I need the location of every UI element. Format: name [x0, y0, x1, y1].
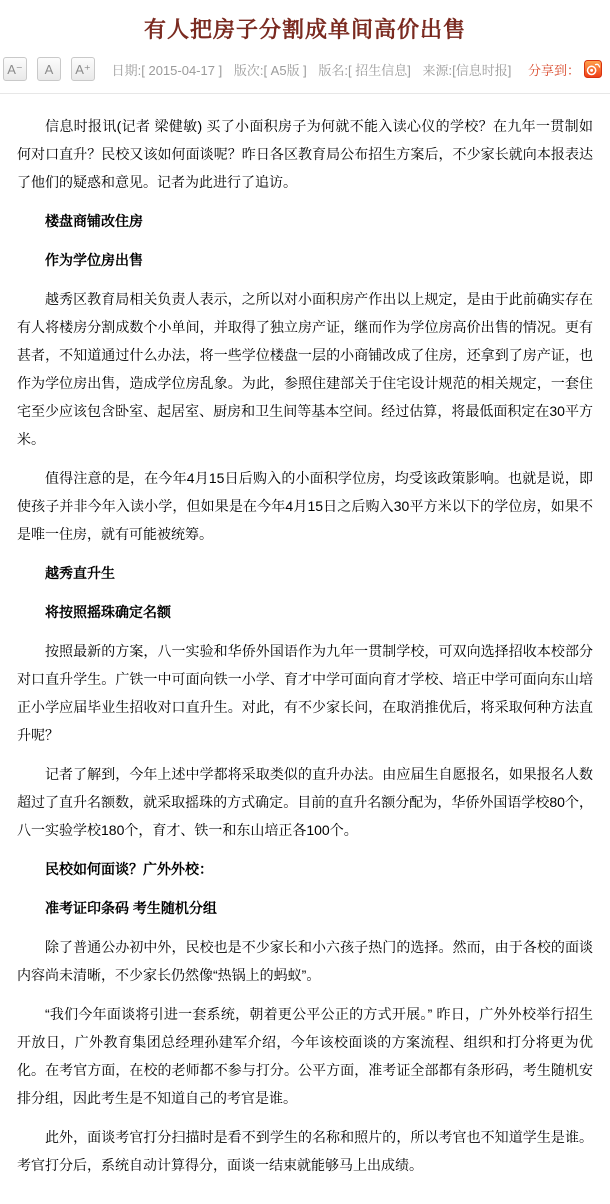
article-subheading: 准考证印条码 考生随机分组 [17, 894, 593, 922]
article-toolbar: A⁻ A A⁺ 日期:[ 2015-04-17 ] 版次:[ A5版 ] 版名:… [0, 52, 610, 94]
meta-date: 日期:[ 2015-04-17 ] [112, 63, 223, 78]
font-size-controls: A⁻ A A⁺ [3, 57, 95, 81]
share-label: 分享到： [528, 60, 580, 79]
article-subheading: 将按照摇珠确定名额 [17, 598, 593, 626]
article-paragraph: 此外，面谈考官打分扫描时是看不到学生的名称和照片的，所以考官也不知道学生是谁。考… [17, 1123, 593, 1179]
article-page: 有人把房子分割成单间高价出售 A⁻ A A⁺ 日期:[ 2015-04-17 ]… [0, 0, 610, 1204]
article-paragraph: “我们今年面谈将引进一套系统，朝着更公平公正的方式开展。” 昨日，广外外校举行招… [17, 1000, 593, 1112]
share-bar: 分享到： [528, 60, 602, 79]
article-paragraph: 越秀区教育局相关负责人表示，之所以对小面积房产作出以上规定，是由于此前确实存在有… [17, 285, 593, 453]
page-title: 有人把房子分割成单间高价出售 [0, 0, 610, 52]
article-subheading: 楼盘商铺改住房 [17, 207, 593, 235]
article-subheading: 作为学位房出售 [17, 246, 593, 274]
article-paragraph: 信息时报讯(记者 梁健敏) 买了小面积房子为何就不能入读心仪的学校？在九年一贯制… [17, 112, 593, 196]
meta-section: 版名:[ 招生信息] [318, 63, 410, 78]
article-paragraph: 按照最新的方案，八一实验和华侨外国语作为九年一贯制学校，可双向选择招收本校部分对… [17, 637, 593, 749]
article-paragraph: 除了普通公办初中外，民校也是不少家长和小六孩子热门的选择。然而，由于各校的面谈内… [17, 933, 593, 989]
article-paragraph: 值得注意的是，在今年4月15日后购入的小面积学位房，均受该政策影响。也就是说，即… [17, 464, 593, 548]
font-normal-button[interactable]: A [37, 57, 61, 81]
weibo-share-icon[interactable] [584, 60, 602, 78]
meta-source: 来源:[信息时报] [423, 63, 512, 78]
article-paragraph: 记者了解到，今年上述中学都将采取类似的直升办法。由应届生自愿报名，如果报名人数超… [17, 760, 593, 844]
article-body: 信息时报讯(记者 梁健敏) 买了小面积房子为何就不能入读心仪的学校？在九年一贯制… [0, 94, 610, 1204]
font-smaller-button[interactable]: A⁻ [3, 57, 27, 81]
article-subheading: 越秀直升生 [17, 559, 593, 587]
meta-edition: 版次:[ A5版 ] [234, 63, 307, 78]
article-subheading: 民校如何面谈？广外外校： [17, 855, 593, 883]
article-meta: 日期:[ 2015-04-17 ] 版次:[ A5版 ] 版名:[ 招生信息] … [95, 60, 528, 79]
font-larger-button[interactable]: A⁺ [71, 57, 95, 81]
